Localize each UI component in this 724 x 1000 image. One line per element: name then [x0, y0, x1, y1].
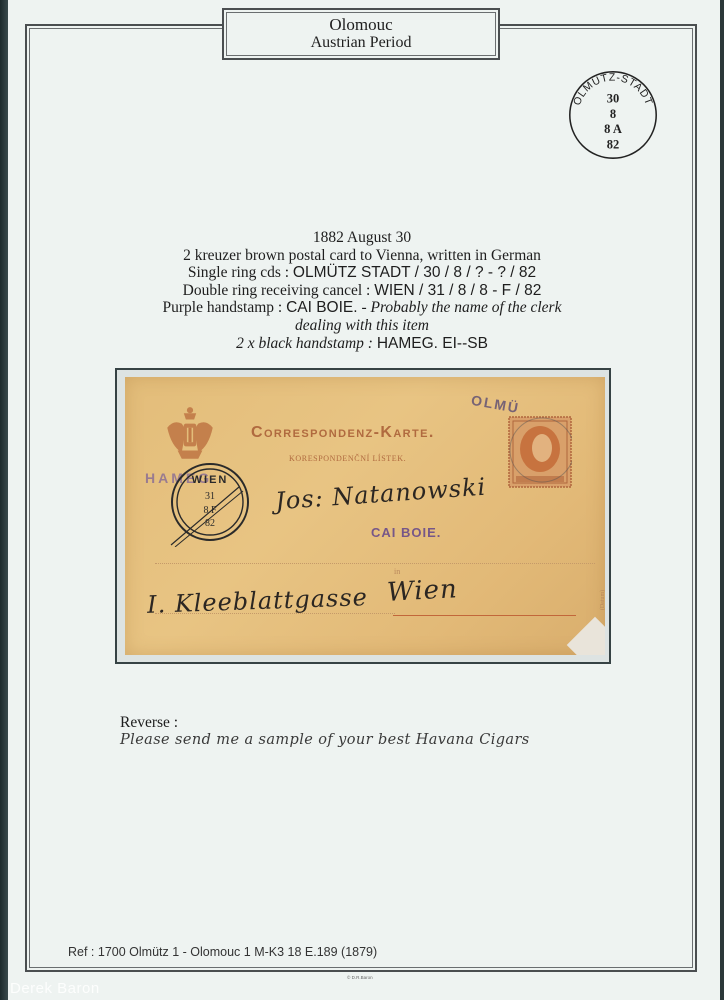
- card-corner-wear: [567, 617, 605, 655]
- city-line: [393, 615, 576, 616]
- card-title: Correspondenz-Karte.: [251, 424, 435, 442]
- handwritten-addressee: Jos: Natanowski: [274, 473, 487, 516]
- title-box: Olomouc Austrian Period: [222, 8, 500, 60]
- description-item: 2 kreuzer brown postal card to Vienna, w…: [100, 247, 624, 265]
- side-print: (Datum): [600, 590, 605, 610]
- purple-note: - Probably the name of the clerk: [358, 299, 562, 316]
- postmark-time: 8 A: [604, 122, 622, 136]
- postmark-month: 8: [610, 107, 616, 121]
- card-subtitle: KORESPONDENČNÍ LÍSTEK.: [289, 454, 406, 463]
- olmutz-cancel-partial: OLMÜ: [470, 392, 521, 416]
- black-value: HAMEG. EI--SB: [377, 335, 488, 352]
- cds-value: OLMÜTZ STADT / 30 / 8 / ? - ? / 82: [293, 264, 536, 281]
- purple-handstamp: CAI BOIE.: [371, 525, 441, 540]
- reverse-label: Reverse :: [120, 714, 178, 732]
- wien-ring-text: WIEN: [192, 474, 229, 486]
- address-line-1: [155, 563, 595, 564]
- watermark: Derek Baron: [10, 980, 100, 997]
- copyright-text: © D.R.Baron: [347, 975, 373, 980]
- scan-edge-left: [0, 0, 8, 1000]
- postmark-illustration: OLMÜTZ-STADT 30 8 8 A 82: [565, 67, 661, 163]
- description-black: 2 x black handstamp : HAMEG. EI--SB: [100, 335, 624, 353]
- reference-text: Ref : 1700 Olmütz 1 - Olomouc 1 M-K3 18 …: [68, 945, 377, 959]
- wien-cancel-icon: WIEN 31 8 F 82: [165, 457, 255, 547]
- page-subtitle: Austrian Period: [224, 34, 498, 52]
- description-purple: Purple handstamp : CAI BOIE. - Probably …: [100, 299, 624, 317]
- in-mark: in: [394, 567, 400, 576]
- reverse-text: Please send me a sample of your best Hav…: [120, 732, 530, 748]
- postmark-year: 82: [607, 138, 619, 152]
- item-description: 1882 August 30 2 kreuzer brown postal ca…: [100, 229, 624, 352]
- handwritten-city: Wien: [386, 574, 458, 608]
- purple-note-2: dealing with this item: [100, 317, 624, 335]
- page-title: Olomouc: [224, 16, 498, 34]
- postmark-day: 30: [607, 92, 619, 106]
- wien-year: 82: [205, 518, 215, 529]
- description-receiving: Double ring receiving cancel : WIEN / 31…: [100, 282, 624, 300]
- description-date: 1882 August 30: [100, 229, 624, 247]
- wien-day: 31: [205, 491, 215, 502]
- postal-card: Correspondenz-Karte. KORESPONDENČNÍ LÍST…: [125, 377, 605, 655]
- scan-edge-right: [720, 0, 724, 1000]
- purple-value: CAI BOIE.: [286, 299, 358, 316]
- receiving-value: WIEN / 31 / 8 / 8 - F / 82: [374, 282, 541, 299]
- imprinted-stamp-icon: [508, 416, 572, 488]
- description-cds: Single ring cds : OLMÜTZ STADT / 30 / 8 …: [100, 264, 624, 282]
